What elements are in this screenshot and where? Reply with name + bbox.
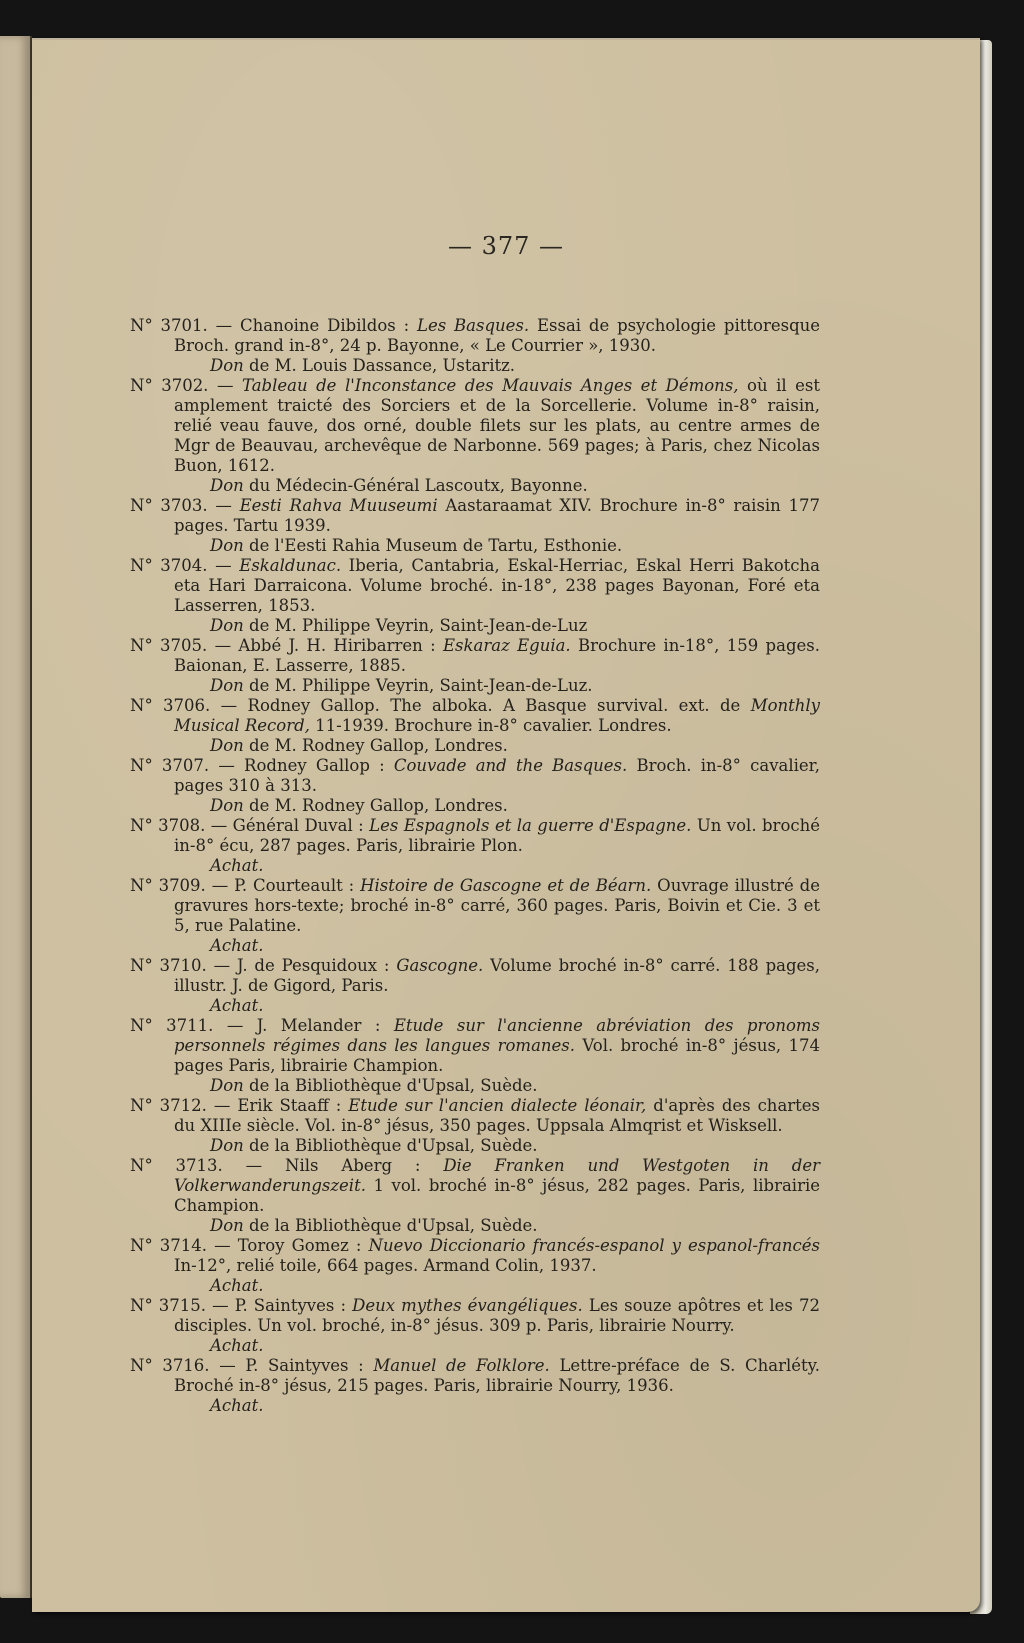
provenance-kind: Don xyxy=(210,356,244,375)
entry-author: — Rodney Gallop : xyxy=(218,756,394,775)
entry-body: N° 3702. — Tableau de l'Inconstance des … xyxy=(130,376,820,476)
provenance-kind: Achat. xyxy=(210,1396,264,1415)
entry-body: N° 3704. — Eskaldunac. Iberia, Cantabria… xyxy=(130,556,820,616)
catalog-entries: N° 3701. — Chanoine Dibildos : Les Basqu… xyxy=(130,316,820,1416)
entry-body: N° 3701. — Chanoine Dibildos : Les Basqu… xyxy=(130,316,820,356)
entry-provenance: Don de la Bibliothèque d'Upsal, Suède. xyxy=(130,1076,820,1096)
entry-body: N° 3713. — Nils Aberg : Die Franken und … xyxy=(130,1156,820,1216)
catalog-entry: N° 3714. — Toroy Gomez : Nuevo Diccionar… xyxy=(130,1236,820,1296)
entry-title: Gascogne. xyxy=(396,956,483,975)
provenance-kind: Achat. xyxy=(210,996,264,1015)
entry-author: — Erik Staaff : xyxy=(214,1096,348,1115)
provenance-kind: Don xyxy=(210,676,244,695)
entry-title: Les Basques. xyxy=(417,316,529,335)
provenance-text: de M. Philippe Veyrin, Saint-Jean-de-Luz xyxy=(244,616,588,635)
provenance-kind: Achat. xyxy=(210,936,264,955)
entry-author: — P. Saintyves : xyxy=(219,1356,373,1375)
entry-author: — P. Courteault : xyxy=(212,876,360,895)
entry-body: N° 3708. — Général Duval : Les Espagnols… xyxy=(130,816,820,856)
entry-number: N° 3715. xyxy=(130,1296,206,1315)
entry-body: N° 3715. — P. Saintyves : Deux mythes év… xyxy=(130,1296,820,1336)
entry-number: N° 3708. xyxy=(130,816,205,835)
entry-author: — Chanoine Dibildos : xyxy=(216,316,417,335)
provenance-kind: Don xyxy=(210,1076,244,1095)
entry-provenance: Don de M. Rodney Gallop, Londres. xyxy=(130,796,820,816)
entry-title: Couvade and the Basques. xyxy=(394,756,627,775)
provenance-kind: Don xyxy=(210,616,244,635)
catalog-entry: N° 3702. — Tableau de l'Inconstance des … xyxy=(130,376,820,496)
entry-number: N° 3706. xyxy=(130,696,210,715)
entry-title: Eskaraz Eguia. xyxy=(443,636,571,655)
entry-provenance: Don de M. Philippe Veyrin, Saint-Jean-de… xyxy=(130,616,820,636)
entry-title: Eesti Rahva Muuseumi xyxy=(240,496,438,515)
left-page-edge xyxy=(0,36,32,1598)
entry-author: — xyxy=(215,496,239,515)
entry-author: — P. Saintyves : xyxy=(212,1296,352,1315)
entry-author: — Général Duval : xyxy=(211,816,369,835)
entry-title: Nuevo Diccionario francés-espanol y espa… xyxy=(369,1236,820,1255)
entry-author: — J. de Pesquidoux : xyxy=(214,956,397,975)
entry-body: N° 3710. — J. de Pesquidoux : Gascogne. … xyxy=(130,956,820,996)
entry-provenance: Don de M. Louis Dassance, Ustaritz. xyxy=(130,356,820,376)
entry-author: — Abbé J. H. Hiribarren : xyxy=(215,636,443,655)
entry-author: — Nils Aberg : xyxy=(246,1156,444,1175)
catalog-entry: N° 3711. — J. Melander : Etude sur l'anc… xyxy=(130,1016,820,1096)
entry-number: N° 3702. xyxy=(130,376,208,395)
entry-title: Histoire de Gascogne et de Béarn. xyxy=(360,876,651,895)
provenance-kind: Achat. xyxy=(210,856,264,875)
entry-title: Manuel de Folklore. xyxy=(373,1356,549,1375)
provenance-kind: Don xyxy=(210,1216,244,1235)
entry-title: Les Espagnols et la guerre d'Espagne. xyxy=(369,816,691,835)
entry-number: N° 3707. xyxy=(130,756,209,775)
catalog-entry: N° 3715. — P. Saintyves : Deux mythes év… xyxy=(130,1296,820,1356)
catalog-entry: N° 3701. — Chanoine Dibildos : Les Basqu… xyxy=(130,316,820,376)
catalog-entry: N° 3716. — P. Saintyves : Manuel de Folk… xyxy=(130,1356,820,1416)
entry-title: Etude sur l'ancien dialecte léonair, xyxy=(348,1096,646,1115)
entry-author: — Rodney Gallop. The alboka. A Basque su… xyxy=(221,696,751,715)
page-number: — 377 — xyxy=(32,232,980,260)
entry-provenance: Don de la Bibliothèque d'Upsal, Suède. xyxy=(130,1136,820,1156)
provenance-text: de la Bibliothèque d'Upsal, Suède. xyxy=(244,1216,538,1235)
catalog-entry: N° 3705. — Abbé J. H. Hiribarren : Eskar… xyxy=(130,636,820,696)
catalog-entry: N° 3709. — P. Courteault : Histoire de G… xyxy=(130,876,820,956)
entry-body: N° 3709. — P. Courteault : Histoire de G… xyxy=(130,876,820,936)
entry-author: — Toroy Gomez : xyxy=(214,1236,368,1255)
entry-provenance: Don de l'Eesti Rahia Museum de Tartu, Es… xyxy=(130,536,820,556)
provenance-text: de la Bibliothèque d'Upsal, Suède. xyxy=(244,1076,538,1095)
provenance-kind: Don xyxy=(210,736,244,755)
entry-provenance: Achat. xyxy=(130,936,820,956)
entry-number: N° 3709. xyxy=(130,876,206,895)
provenance-kind: Don xyxy=(210,796,244,815)
provenance-kind: Achat. xyxy=(210,1336,264,1355)
provenance-text: de la Bibliothèque d'Upsal, Suède. xyxy=(244,1136,538,1155)
entry-provenance: Don du Médecin-Général Lascoutx, Bayonne… xyxy=(130,476,820,496)
catalog-entry: N° 3707. — Rodney Gallop : Couvade and t… xyxy=(130,756,820,816)
provenance-kind: Achat. xyxy=(210,1276,264,1295)
entry-author: — xyxy=(215,556,239,575)
provenance-kind: Don xyxy=(210,476,244,495)
entry-body: N° 3703. — Eesti Rahva Muuseumi Aastaraa… xyxy=(130,496,820,536)
catalog-entry: N° 3703. — Eesti Rahva Muuseumi Aastaraa… xyxy=(130,496,820,556)
provenance-text: du Médecin-Général Lascoutx, Bayonne. xyxy=(244,476,588,495)
entry-number: N° 3701. xyxy=(130,316,208,335)
provenance-text: de M. Louis Dassance, Ustaritz. xyxy=(244,356,515,375)
provenance-text: de M. Philippe Veyrin, Saint-Jean-de-Luz… xyxy=(244,676,593,695)
entry-provenance: Achat. xyxy=(130,996,820,1016)
provenance-text: de l'Eesti Rahia Museum de Tartu, Esthon… xyxy=(244,536,622,555)
catalog-entry: N° 3713. — Nils Aberg : Die Franken und … xyxy=(130,1156,820,1236)
entry-title: Eskaldunac. xyxy=(239,556,341,575)
provenance-kind: Don xyxy=(210,536,244,555)
entry-number: N° 3703. xyxy=(130,496,208,515)
entry-provenance: Achat. xyxy=(130,1336,820,1356)
entry-author: — xyxy=(217,376,242,395)
entry-body: N° 3714. — Toroy Gomez : Nuevo Diccionar… xyxy=(130,1236,820,1276)
entry-number: N° 3714. xyxy=(130,1236,207,1255)
entry-body: N° 3706. — Rodney Gallop. The alboka. A … xyxy=(130,696,820,736)
catalog-entry: N° 3706. — Rodney Gallop. The alboka. A … xyxy=(130,696,820,756)
entry-provenance: Don de M. Philippe Veyrin, Saint-Jean-de… xyxy=(130,676,820,696)
entry-number: N° 3704. xyxy=(130,556,208,575)
entry-number: N° 3716. xyxy=(130,1356,210,1375)
entry-body: N° 3716. — P. Saintyves : Manuel de Folk… xyxy=(130,1356,820,1396)
entry-body: N° 3705. — Abbé J. H. Hiribarren : Eskar… xyxy=(130,636,820,676)
entry-provenance: Achat. xyxy=(130,1396,820,1416)
catalog-entry: N° 3708. — Général Duval : Les Espagnols… xyxy=(130,816,820,876)
provenance-text: de M. Rodney Gallop, Londres. xyxy=(244,796,508,815)
provenance-text: de M. Rodney Gallop, Londres. xyxy=(244,736,508,755)
entry-number: N° 3710. xyxy=(130,956,207,975)
entry-title: Deux mythes évangéliques. xyxy=(352,1296,583,1315)
entry-description: 11-1939. Brochure in-8° cavalier. Londre… xyxy=(310,716,672,735)
entry-body: N° 3707. — Rodney Gallop : Couvade and t… xyxy=(130,756,820,796)
catalog-entry: N° 3710. — J. de Pesquidoux : Gascogne. … xyxy=(130,956,820,1016)
entry-description: In-12°, relié toile, 664 pages. Armand C… xyxy=(174,1256,597,1275)
entry-title: Tableau de l'Inconstance des Mauvais Ang… xyxy=(242,376,739,395)
document-page: — 377 — N° 3701. — Chanoine Dibildos : L… xyxy=(32,38,980,1612)
entry-provenance: Don de M. Rodney Gallop, Londres. xyxy=(130,736,820,756)
entry-body: N° 3712. — Erik Staaff : Etude sur l'anc… xyxy=(130,1096,820,1136)
entry-author: — J. Melander : xyxy=(227,1016,394,1035)
entry-number: N° 3712. xyxy=(130,1096,207,1115)
entry-number: N° 3711. xyxy=(130,1016,213,1035)
catalog-entry: N° 3712. — Erik Staaff : Etude sur l'anc… xyxy=(130,1096,820,1156)
entry-provenance: Achat. xyxy=(130,1276,820,1296)
entry-body: N° 3711. — J. Melander : Etude sur l'anc… xyxy=(130,1016,820,1076)
provenance-kind: Don xyxy=(210,1136,244,1155)
entry-provenance: Achat. xyxy=(130,856,820,876)
catalog-entry: N° 3704. — Eskaldunac. Iberia, Cantabria… xyxy=(130,556,820,636)
entry-provenance: Don de la Bibliothèque d'Upsal, Suède. xyxy=(130,1216,820,1236)
entry-number: N° 3705. xyxy=(130,636,207,655)
entry-number: N° 3713. xyxy=(130,1156,223,1175)
